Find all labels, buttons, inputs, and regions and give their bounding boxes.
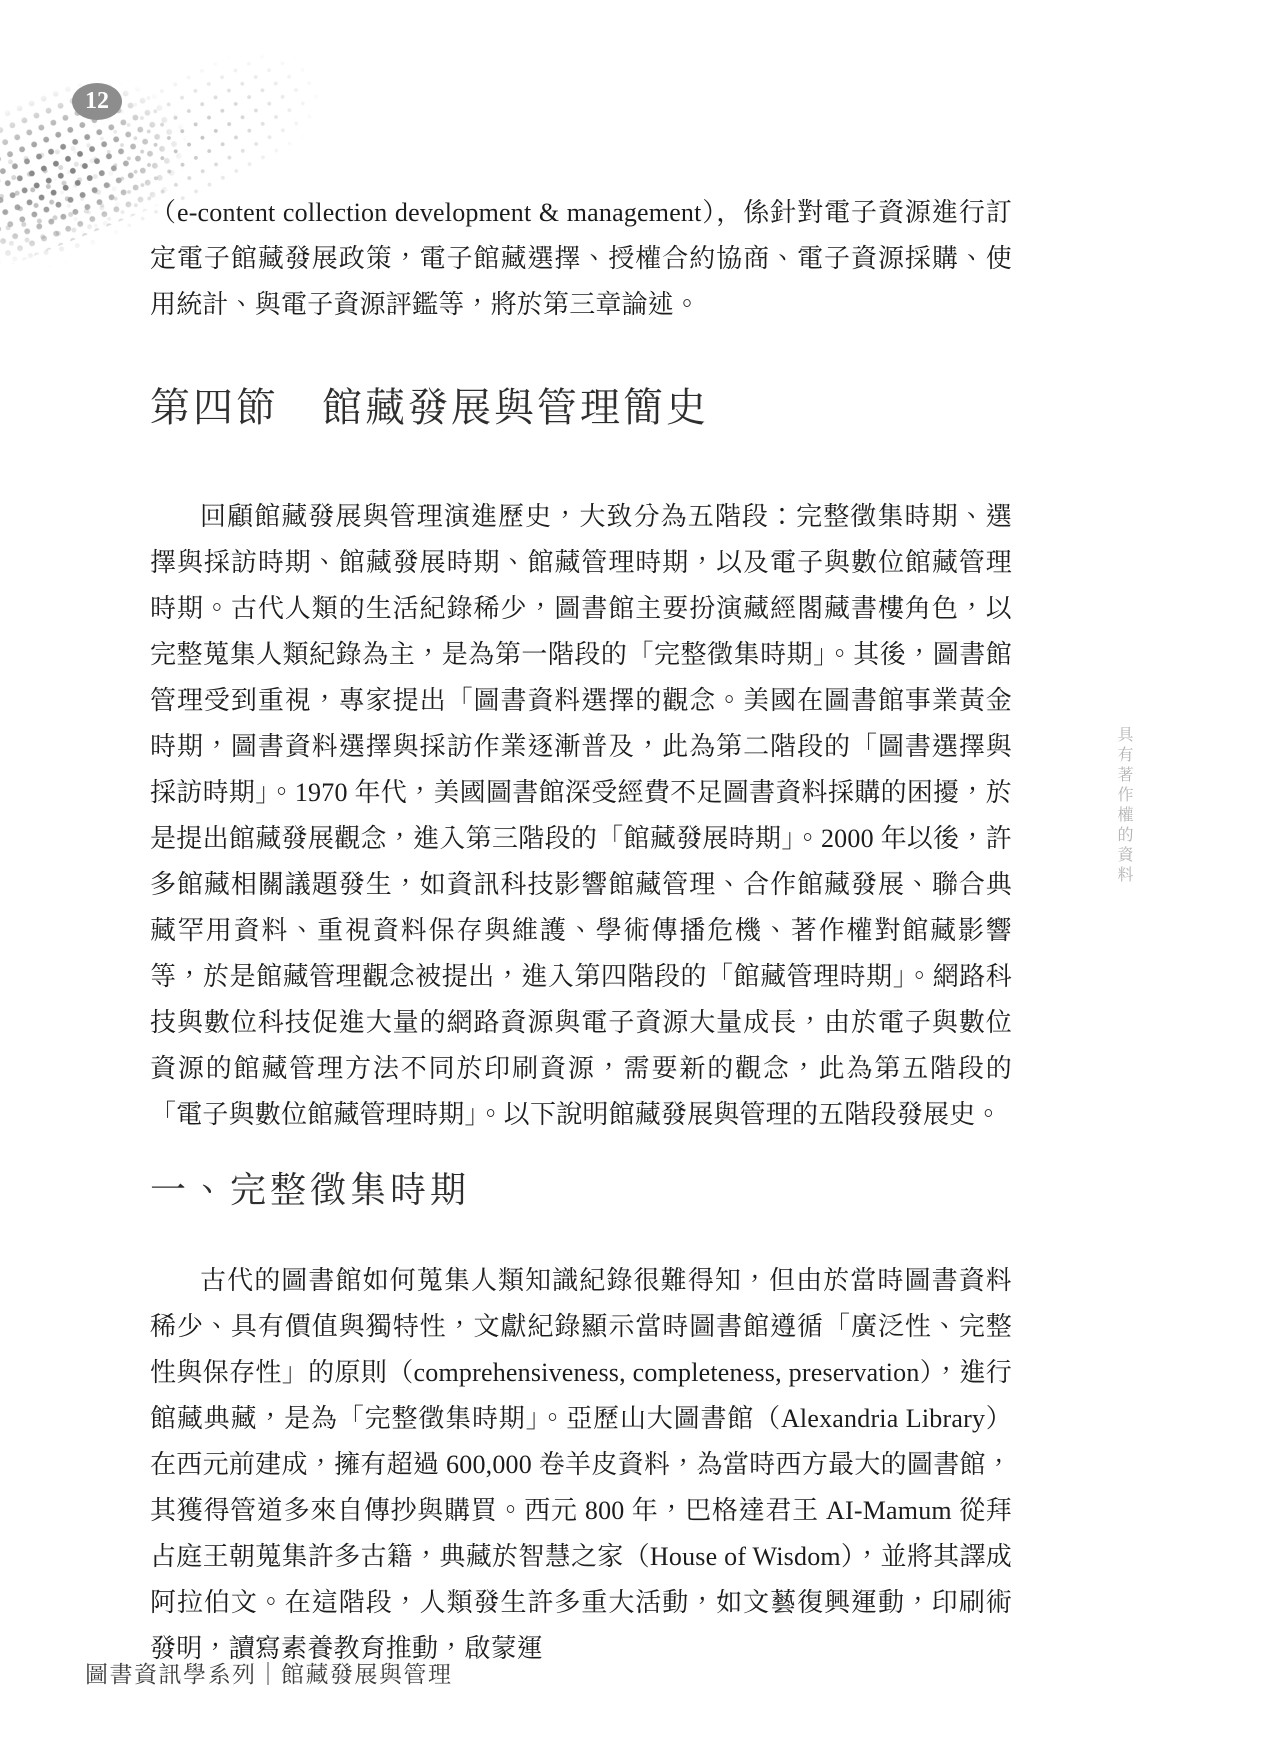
page-number-badge: 12: [72, 83, 122, 120]
section-heading: 第四節 館藏發展與管理簡史: [150, 376, 709, 433]
book-page: 12 （e-content collection development & m…: [0, 0, 1280, 1752]
paragraph-econtent-continuation: （e-content collection development & mana…: [150, 190, 1012, 328]
page-number: 12: [85, 88, 109, 115]
page-footer: 圖書資訊學系列｜館藏發展與管理: [85, 1656, 453, 1689]
paragraph-five-stages-history: 回顧館藏發展與管理演進歷史，大致分為五階段：完整徵集時期、選擇與採訪時期、館藏發…: [150, 494, 1012, 1138]
paragraph-ancient-libraries: 古代的圖書館如何蒐集人類知識紀錄很難得知，但由於當時圖書資料稀少、具有價值與獨特…: [150, 1258, 1012, 1672]
subsection-heading-complete-collection-period: 一、完整徵集時期: [150, 1162, 470, 1213]
right-margin-vertical-note: 具有著作權的資料: [1112, 726, 1135, 886]
